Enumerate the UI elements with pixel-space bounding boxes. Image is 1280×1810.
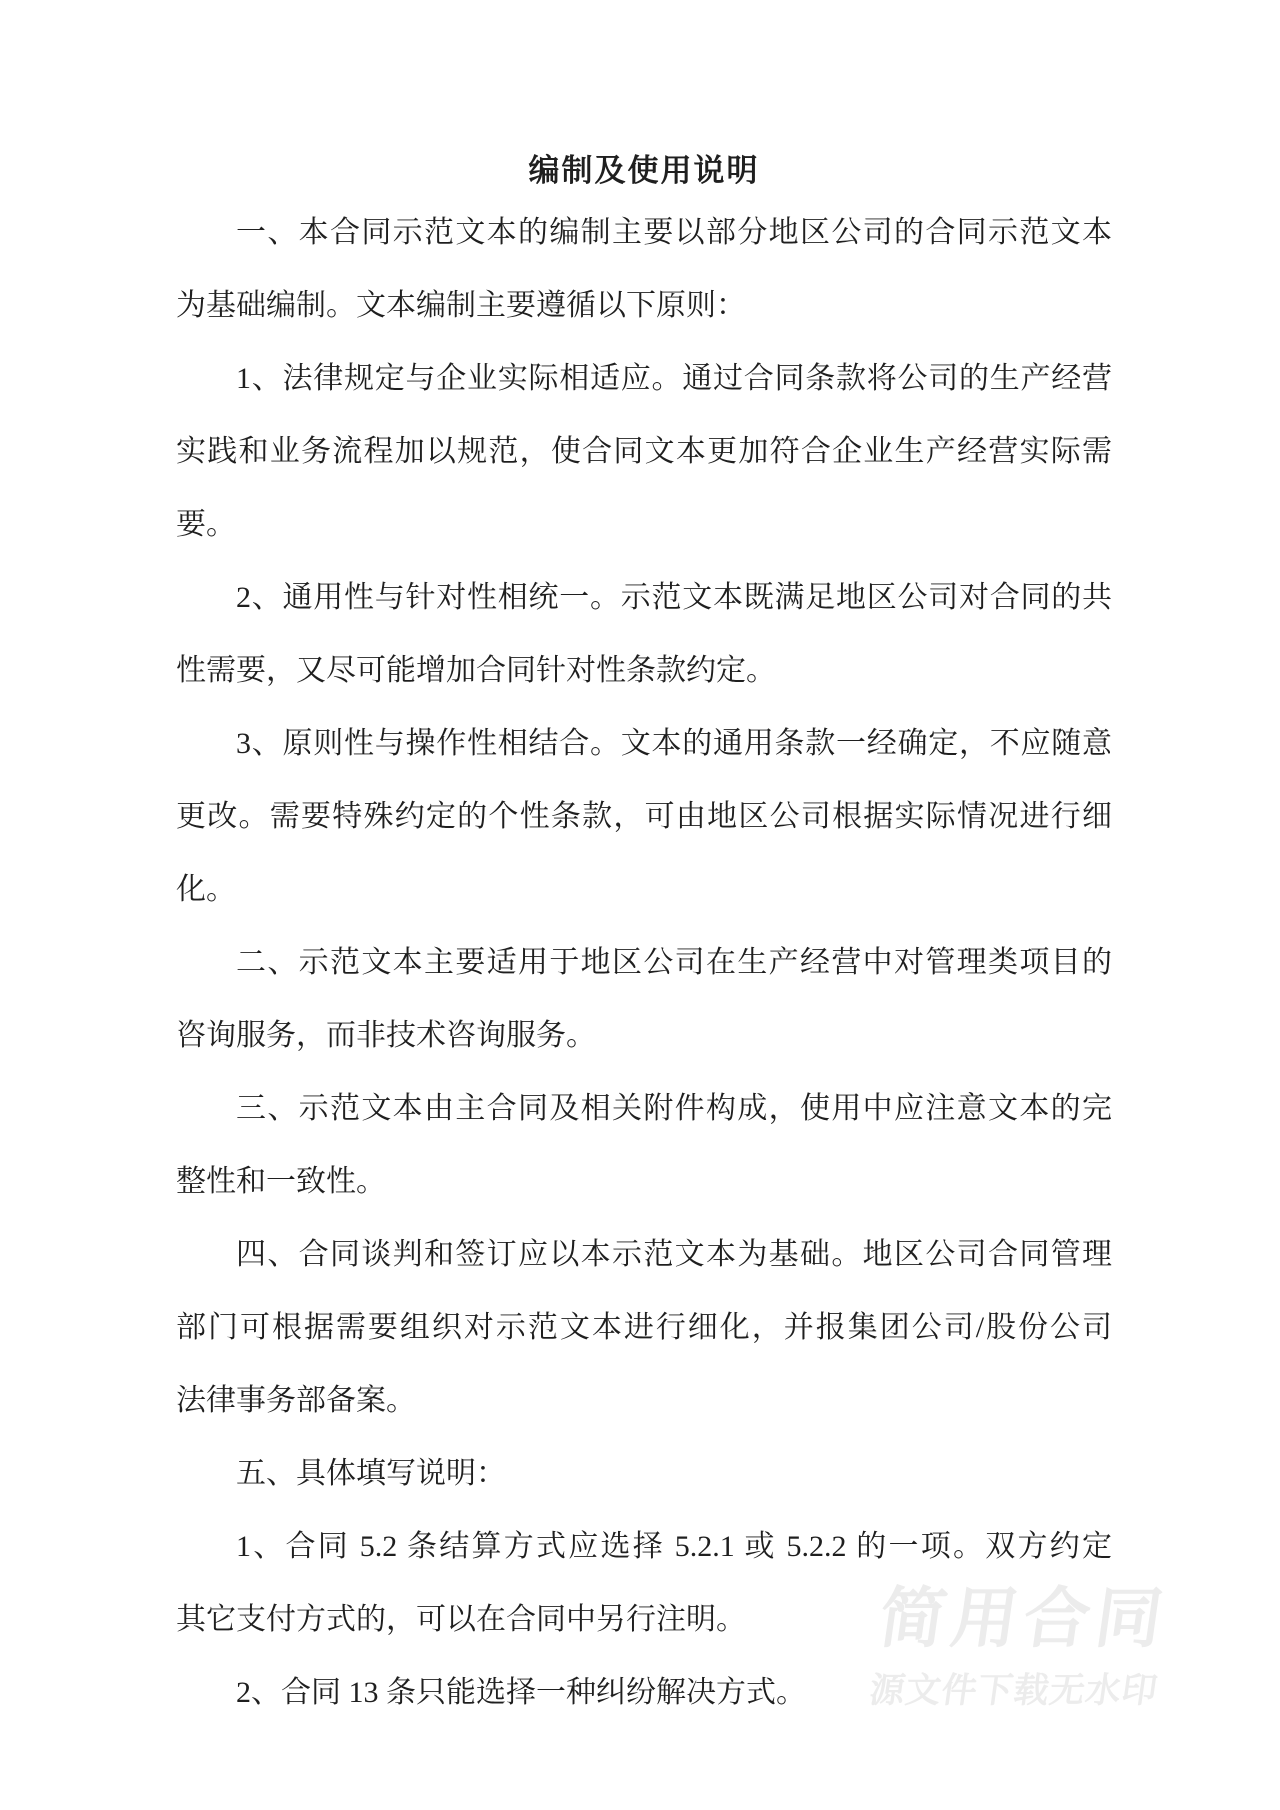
- text-line: 法律事务部备案。: [176, 1364, 1112, 1437]
- text-line: 整性和一致性。: [176, 1145, 1112, 1218]
- text-line: 更改。需要特殊约定的个性条款，可由地区公司根据实际情况进行细: [176, 780, 1112, 853]
- text-line: 要。: [176, 488, 1112, 561]
- text-line: 四、合同谈判和签订应以本示范文本为基础。地区公司合同管理: [176, 1218, 1112, 1291]
- text-line: 咨询服务，而非技术咨询服务。: [176, 999, 1112, 1072]
- text-line: 3、原则性与操作性相结合。文本的通用条款一经确定，不应随意: [176, 707, 1112, 780]
- text-line: 五、具体填写说明：: [176, 1437, 1112, 1510]
- text-line: 部门可根据需要组织对示范文本进行细化，并报集团公司/股份公司: [176, 1291, 1112, 1364]
- watermark: 简用合同 源文件下载无水印: [851, 1585, 1188, 1708]
- text-line: 二、示范文本主要适用于地区公司在生产经营中对管理类项目的: [176, 926, 1112, 999]
- text-line: 1、合同 5.2 条结算方式应选择 5.2.1 或 5.2.2 的一项。双方约定: [176, 1510, 1112, 1583]
- text-line: 化。: [176, 853, 1112, 926]
- watermark-subtitle: 源文件下载无水印: [851, 1673, 1176, 1708]
- watermark-title: 简用合同: [859, 1585, 1188, 1651]
- document-body: 一、本合同示范文本的编制主要以部分地区公司的合同示范文本 为基础编制。文本编制主…: [176, 196, 1112, 1729]
- text-line: 1、法律规定与企业实际相适应。通过合同条款将公司的生产经营: [176, 342, 1112, 415]
- text-line: 性需要，又尽可能增加合同针对性条款约定。: [176, 634, 1112, 707]
- document-page: 编制及使用说明 一、本合同示范文本的编制主要以部分地区公司的合同示范文本 为基础…: [0, 0, 1280, 1810]
- text-line: 一、本合同示范文本的编制主要以部分地区公司的合同示范文本: [176, 196, 1112, 269]
- text-line: 为基础编制。文本编制主要遵循以下原则：: [176, 269, 1112, 342]
- text-line: 三、示范文本由主合同及相关附件构成，使用中应注意文本的完: [176, 1072, 1112, 1145]
- text-line: 2、通用性与针对性相统一。示范文本既满足地区公司对合同的共: [176, 561, 1112, 634]
- document-content: 编制及使用说明 一、本合同示范文本的编制主要以部分地区公司的合同示范文本 为基础…: [176, 146, 1112, 1729]
- document-title: 编制及使用说明: [176, 146, 1112, 196]
- text-line: 实践和业务流程加以规范，使合同文本更加符合企业生产经营实际需: [176, 415, 1112, 488]
